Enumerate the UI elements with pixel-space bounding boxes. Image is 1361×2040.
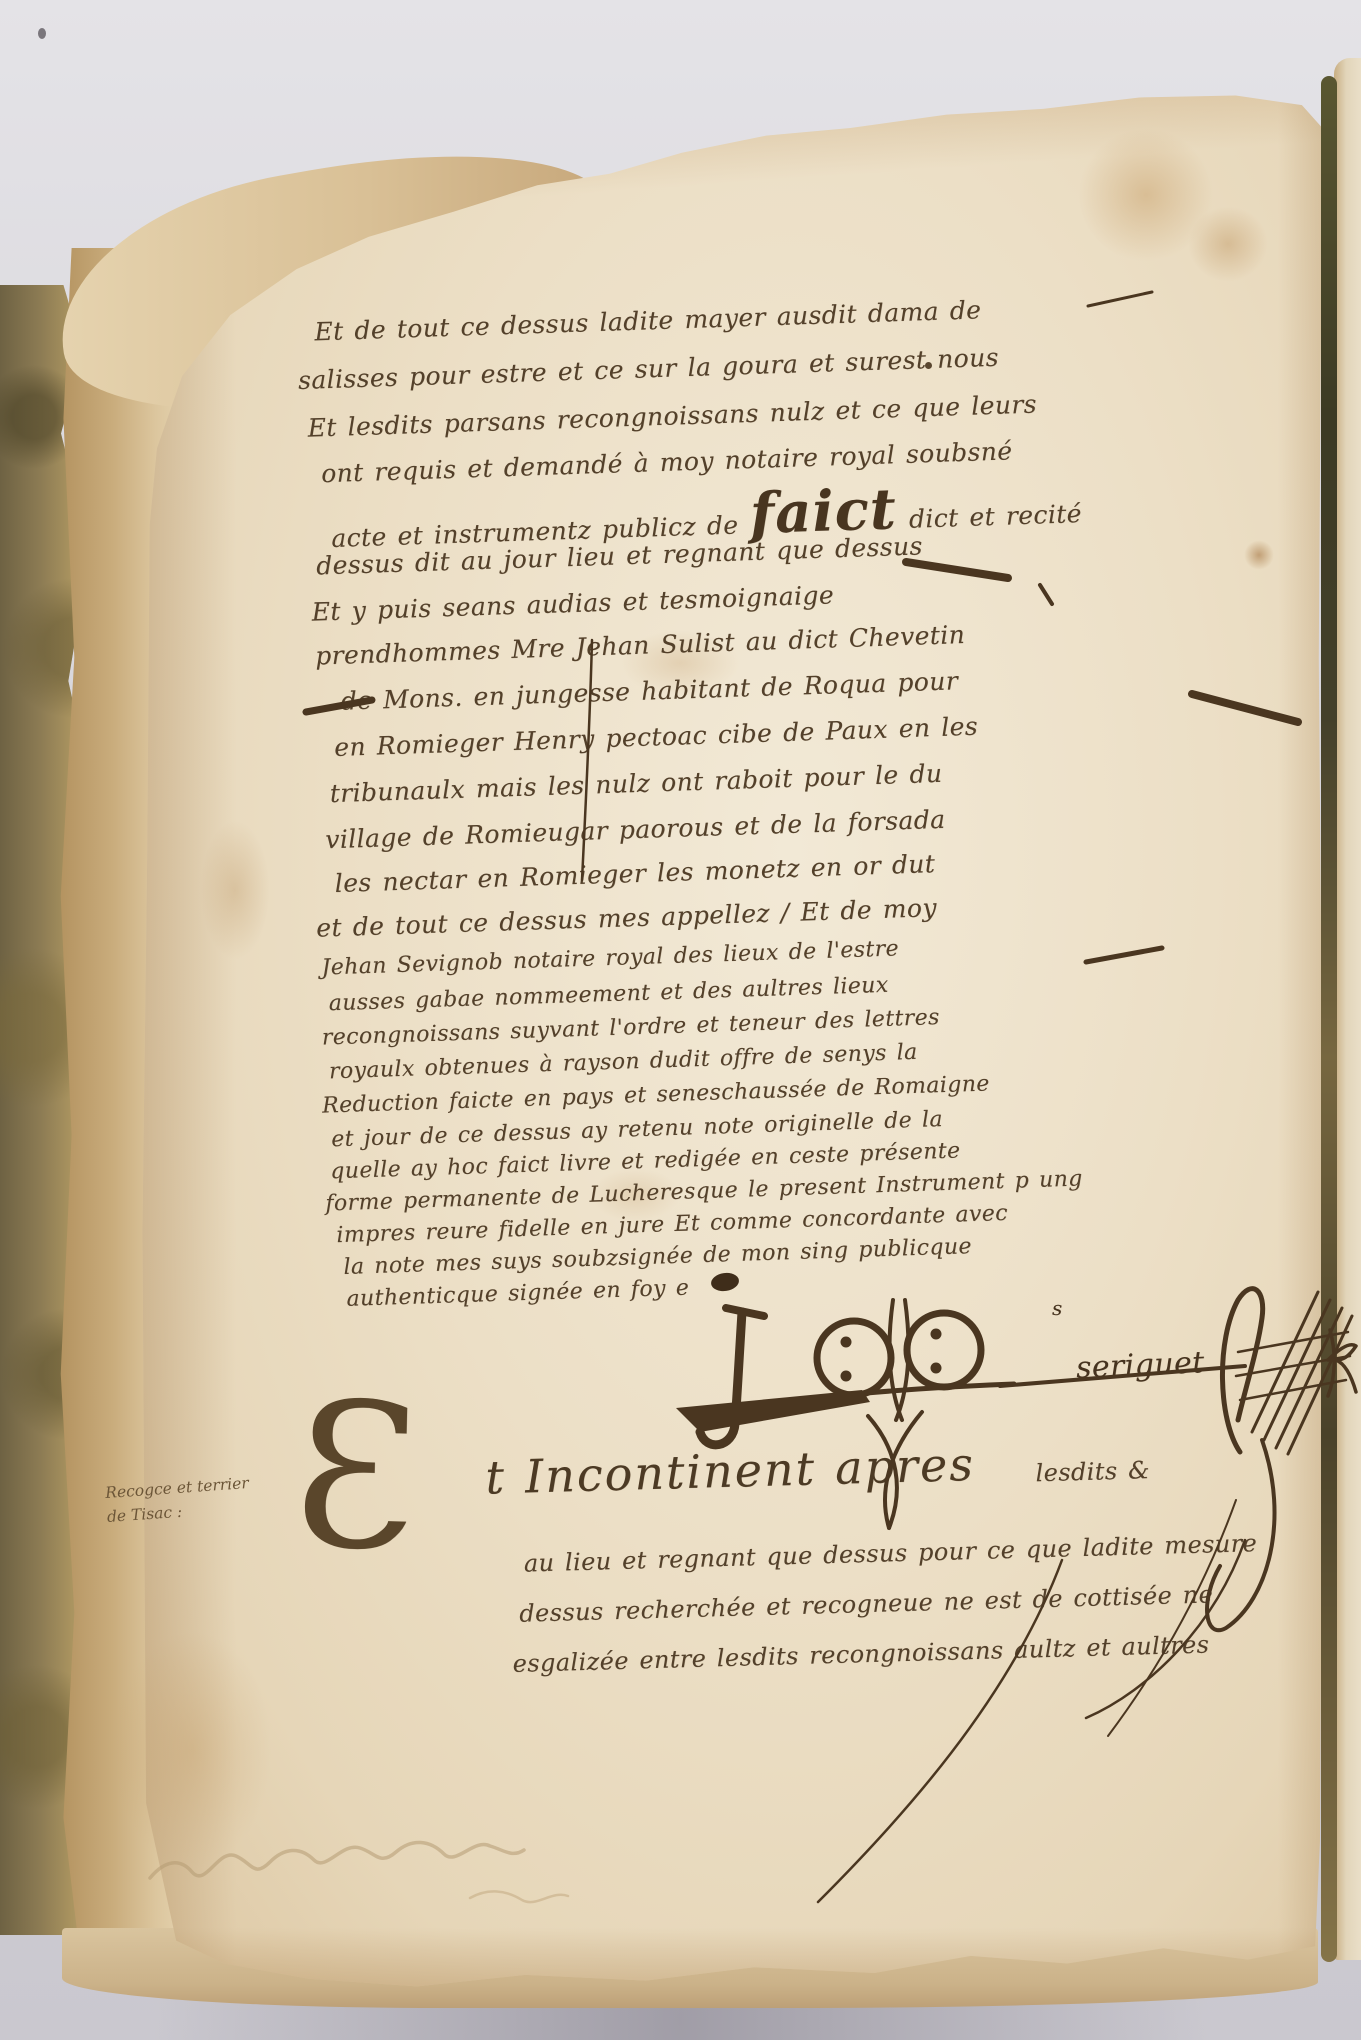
entry-1-text-block: Et de tout ce dessus ladite mayer ausdit… bbox=[296, 289, 1189, 1327]
manuscript-line: Jehan Sevignob notaire royal des lieux d… bbox=[321, 936, 899, 980]
backdrop-speck bbox=[38, 28, 46, 39]
emphasis-post-text: dict et recité bbox=[908, 499, 1082, 534]
manuscript-line: salisses pour estre et ce sur la goura e… bbox=[298, 343, 1000, 395]
next-page-fore-edge bbox=[1334, 58, 1361, 1960]
manuscript-line: esgalizée entre lesdits recongnoissans a… bbox=[512, 1630, 1209, 1677]
signature-superscript: s bbox=[1052, 1296, 1063, 1320]
gutter-gap-shadow bbox=[1321, 76, 1337, 1962]
manuscript-line: en Romieger Henry pectoac cibe de Paux e… bbox=[334, 712, 979, 762]
decorated-initial-E: Ɛ bbox=[291, 1377, 421, 1580]
manuscript-line: et de tout ce dessus mes appellez / Et d… bbox=[316, 893, 938, 943]
margin-note: Recogce et terrier de Tisac : bbox=[104, 1471, 251, 1529]
manuscript-line: dessus recherchée et recogneue ne est de… bbox=[519, 1580, 1214, 1627]
entry-2-text-block: Ɛ t Incontinent apres lesdits & au lieu … bbox=[292, 1401, 1281, 1758]
entry-2-opening-tail: lesdits & bbox=[1035, 1456, 1150, 1487]
manuscript-line: village de Romieugar paorous et de la fo… bbox=[325, 805, 946, 855]
manuscript-line: de Mons. en jungesse habitant de Roqua p… bbox=[340, 666, 958, 715]
manuscript-line: au lieu et regnant que dessus pour ce qu… bbox=[523, 1529, 1257, 1577]
notary-signature: seriguet bbox=[1075, 1345, 1205, 1386]
manuscript-line: authenticque signée en foy e bbox=[346, 1276, 689, 1312]
manuscript-line: prendhommes Mre Jehan Sulist au dict Che… bbox=[315, 620, 966, 671]
manuscript-photo: Et de tout ce dessus ladite mayer ausdit… bbox=[0, 0, 1361, 2040]
manuscript-line: Et y puis seans audias et tesmoignaige bbox=[311, 580, 834, 626]
entry-2-opening-words: t Incontinent apres bbox=[485, 1437, 976, 1505]
manuscript-line: les nectar en Romieger les monetz en or … bbox=[334, 849, 935, 898]
manuscript-line: Et lesdits parsans recongnoissans nulz e… bbox=[307, 389, 1037, 442]
manuscript-line: tribunaulx mais les nulz ont raboit pour… bbox=[329, 759, 942, 808]
